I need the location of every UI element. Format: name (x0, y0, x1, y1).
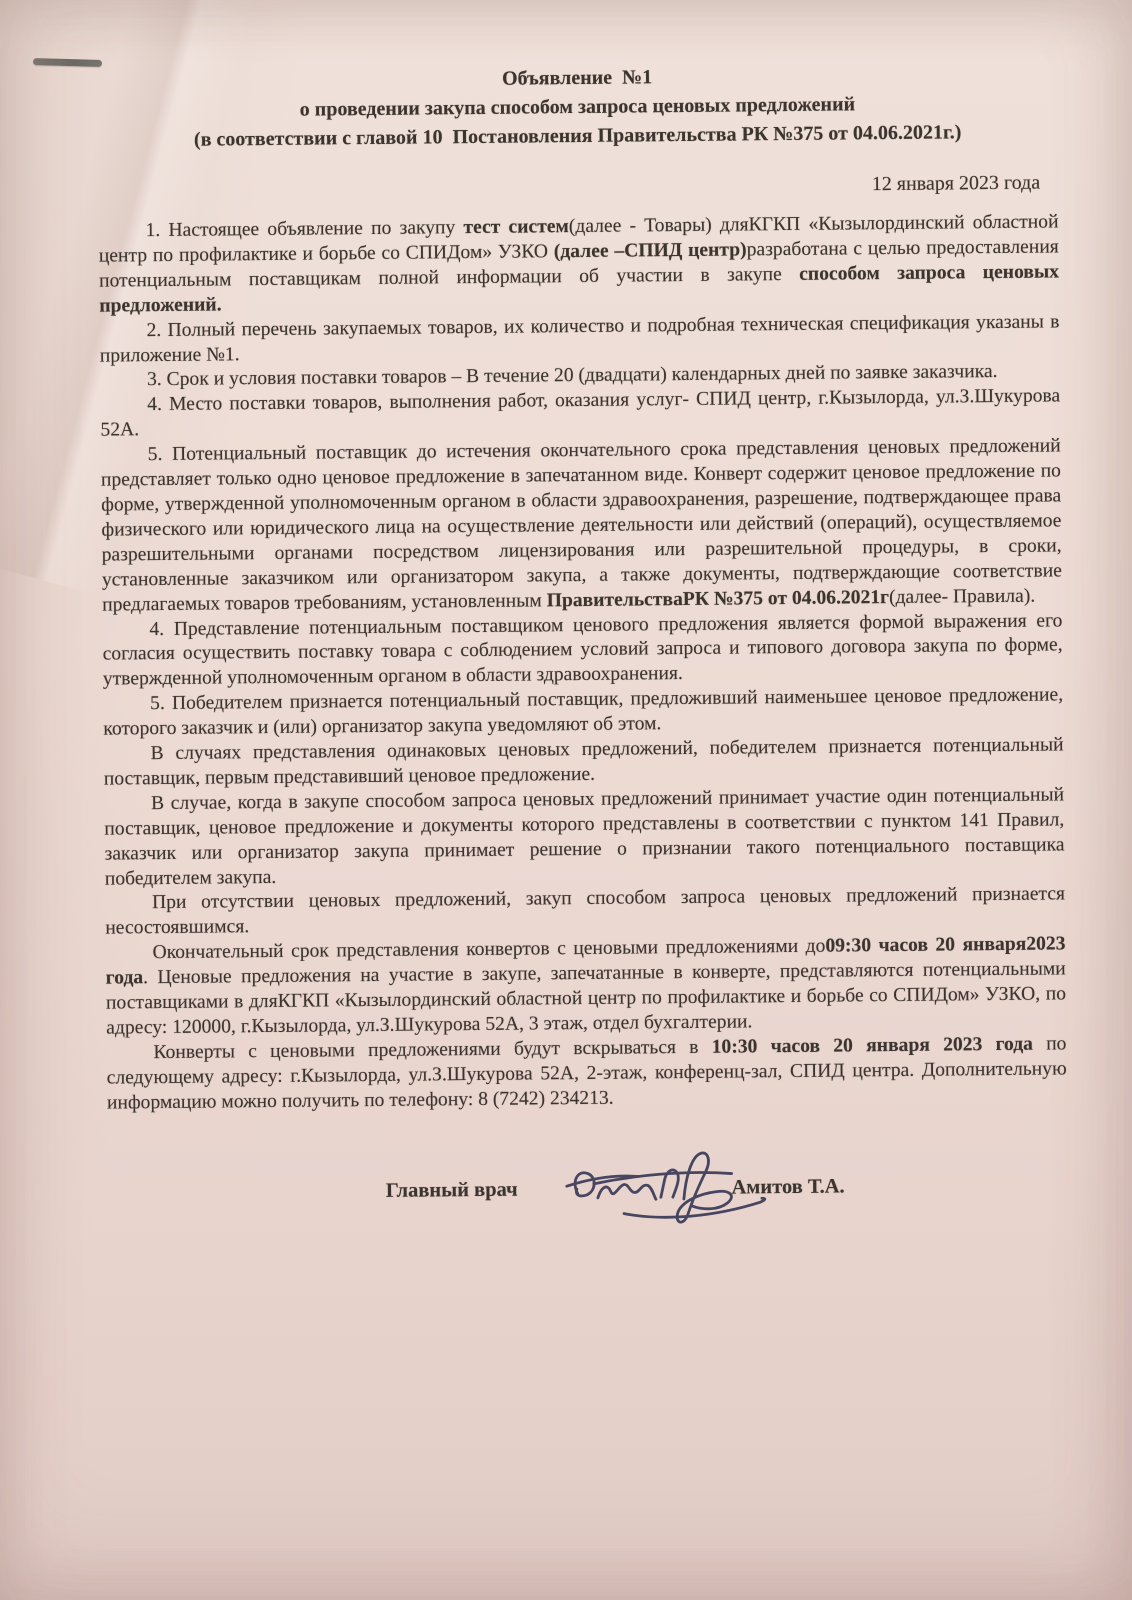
paragraph-bold-run: (далее –СПИД центр) (554, 239, 747, 262)
paragraph-run: 4. Место поставки товаров, выполнения ра… (100, 386, 1060, 441)
paragraph-bold-run: тест систем (463, 216, 569, 238)
paragraph-run: 5. Победителем признается потенциальный … (103, 685, 1063, 740)
document-content: Объявление №1 о проведении закупа способ… (97, 59, 1068, 1224)
paragraph-run: В случае, когда в закупе способом запрос… (104, 784, 1064, 889)
paragraph: При отсутствии ценовых предложений, заку… (105, 883, 1065, 942)
paragraph: 4. Представление потенциальным поставщик… (102, 609, 1063, 693)
signature-scrawl-icon (561, 1136, 776, 1234)
signature-role-label: Главный врач (386, 1179, 518, 1203)
paragraph: 2. Полный перечень закупаемых товаров, и… (99, 310, 1059, 369)
paragraph-run: Окончательный срок представления конверт… (152, 936, 825, 963)
paragraph-run: 2. Полный перечень закупаемых товаров, и… (100, 311, 1060, 366)
paragraph-bold-run: ПравительстваРК №375 от 04.06.2021г (547, 587, 890, 611)
paragraph: 5. Потенциальный поставщик до истечения … (101, 435, 1063, 619)
paragraph: Конверты с ценовыми предложениями будут … (106, 1032, 1067, 1116)
paragraph-run: В случаях представления одинаковых ценов… (104, 734, 1064, 789)
paragraph: В случаях представления одинаковых ценов… (103, 733, 1063, 792)
paragraph-run: При отсутствии ценовых предложений, заку… (105, 884, 1065, 939)
paragraph: 1. Настоящее объявление по закупу тест с… (98, 210, 1059, 319)
scanned-document-page: Объявление №1 о проведении закупа способ… (0, 0, 1132, 1600)
document-heading: Объявление №1 о проведении закупа способ… (97, 59, 1058, 155)
paragraph-run: (далее- Правила). (889, 585, 1035, 607)
paragraph-bold-run: 10:30 часов 20 января 2023 года (712, 1034, 1033, 1058)
paragraph: Окончательный срок представления конверт… (105, 933, 1066, 1042)
document-body: 1. Настоящее объявление по закупу тест с… (98, 210, 1067, 1116)
handwritten-signature (569, 1158, 728, 1220)
paragraph: 5. Победителем признается потенциальный … (103, 684, 1063, 743)
paragraph-run: Конверты с ценовыми предложениями будут … (153, 1037, 711, 1063)
paragraph-run: 1. Настоящее объявление по закупу (145, 217, 463, 241)
paragraph-run: 4. Представление потенциальным поставщик… (103, 610, 1063, 690)
signature-row: Главный врач Амитов Т.А. (108, 1155, 1069, 1224)
paragraph-run: . Ценовые предложения на участие в закуп… (106, 959, 1066, 1039)
paragraph: В случае, когда в закупе способом запрос… (104, 783, 1065, 892)
pen-dash-mark (33, 58, 102, 67)
paragraph: 4. Место поставки товаров, выполнения ра… (100, 385, 1060, 444)
document-date: 12 января 2023 года (98, 172, 1040, 204)
